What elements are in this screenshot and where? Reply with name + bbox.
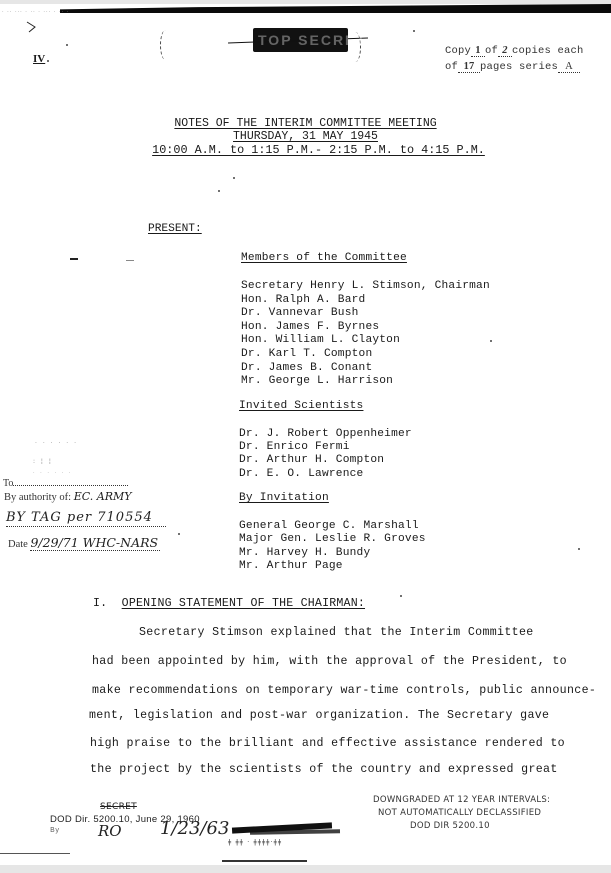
classification-stamp: TOP SECRET — [228, 28, 368, 54]
list-item: Major Gen. Leslie R. Groves — [239, 533, 426, 546]
copy-notice-line-2: of17pages seriesA — [445, 61, 580, 73]
list-item: Dr. Karl T. Compton — [241, 348, 490, 362]
scan-speck — [178, 533, 180, 535]
title-line-2: THURSDAY, 31 MAY 1945 — [0, 130, 611, 143]
list-item: Dr. J. Robert Oppenheimer — [239, 428, 412, 441]
scan-mark — [70, 258, 78, 260]
stamp-faint-text: · · · · · · — [35, 440, 78, 447]
title-line-1: NOTES OF THE INTERIM COMMITTEE MEETING — [0, 117, 611, 130]
downgrade-line: NOT AUTOMATICALLY DECLASSIFIED — [378, 808, 541, 818]
list-item: Dr. James B. Conant — [241, 362, 490, 376]
group-heading-invitation: By Invitation — [239, 492, 329, 504]
checkmark-scribble-icon — [25, 18, 55, 34]
stamp-date-line: Date 9/29/71 WHC-NARS — [8, 535, 160, 551]
list-item: Mr. George L. Harrison — [241, 375, 490, 389]
group-heading-scientists: Invited Scientists — [239, 400, 363, 412]
scientists-list: Dr. J. Robert Oppenheimer Dr. Enrico Fer… — [239, 428, 412, 481]
handwritten-date: 1/23/63 — [160, 818, 229, 839]
paragraph-line: make recommendations on temporary war-ti… — [92, 684, 596, 697]
paragraph-line: had been appointed by him, with the appr… — [92, 655, 567, 668]
paragraph-line: Secretary Stimson explained that the Int… — [139, 626, 534, 639]
scan-speck — [490, 340, 492, 342]
scan-speck — [413, 30, 415, 32]
scan-speck — [233, 177, 235, 179]
scan-mark — [222, 860, 307, 862]
folio-mark-area — [20, 28, 42, 42]
members-list: Secretary Henry L. Stimson, Chairman Hon… — [241, 280, 490, 389]
scan-speck — [47, 60, 49, 62]
scan-mark — [126, 260, 134, 261]
scan-speck — [400, 595, 402, 597]
list-item: Hon. William L. Clayton — [241, 334, 490, 348]
list-item: Dr. Enrico Fermi — [239, 441, 412, 454]
punch-hole-mark — [160, 30, 171, 60]
list-item: General George C. Marshall — [239, 520, 426, 533]
folio-mark: IV — [33, 53, 45, 65]
paragraph-line: high praise to the brilliant and effecti… — [90, 737, 565, 750]
scan-speck — [66, 44, 68, 46]
scan-top-edge — [0, 0, 611, 4]
section-title: OPENING STATEMENT OF THE CHAIRMAN: — [122, 597, 365, 610]
list-item: Mr. Arthur Page — [239, 560, 426, 573]
downgrade-line: DOD DIR 5200.10 — [410, 821, 490, 831]
list-item: Secretary Henry L. Stimson, Chairman — [241, 280, 490, 294]
list-item: Dr. Arthur H. Compton — [239, 454, 412, 467]
scan-speck — [578, 548, 580, 550]
list-item: Dr. Vannevar Bush — [241, 307, 490, 321]
initials-label: By — [50, 826, 60, 834]
handwritten-initials: RO — [98, 822, 122, 840]
scan-top-shadow — [60, 4, 611, 13]
downgrade-line: DOWNGRADED AT 12 YEAR INTERVALS: — [373, 795, 550, 805]
invitation-list: General George C. Marshall Major Gen. Le… — [239, 520, 426, 574]
redaction-mark — [250, 829, 340, 835]
classification-stamp-text: TOP SECRET — [258, 32, 367, 48]
section-number: I. — [93, 597, 107, 610]
redaction-residue: ǂ ǂǂ · ǂǂǂǂ·ǂǂ — [228, 838, 282, 846]
stamp-to-line: To — [3, 478, 128, 489]
stamp-faint-text: : ¦ ¦ — [33, 458, 53, 465]
secret-struck-label: SECRET — [100, 802, 137, 812]
list-item: Hon. Ralph A. Bard — [241, 294, 490, 308]
list-item: Hon. James F. Byrnes — [241, 321, 490, 335]
paragraph-line: the project by the scientists of the cou… — [90, 763, 558, 776]
stamp-faint-text: · · · · · · — [33, 470, 72, 476]
scan-mark — [0, 853, 70, 854]
stamp-authority-line: By authority of: EC. ARMY — [4, 490, 132, 503]
scan-bottom-edge — [0, 865, 611, 873]
copy-notice-line-1: Copy1of2copies each — [445, 45, 584, 57]
paragraph-line: ment, legislation and post-war organizat… — [89, 709, 549, 722]
present-label: PRESENT: — [148, 223, 202, 235]
list-item: Dr. E. O. Lawrence — [239, 468, 412, 481]
scan-noise: · ·· ··· · ·· · ··· · ·· · — [2, 9, 69, 15]
list-item: Mr. Harvey H. Bundy — [239, 547, 426, 560]
section-1-heading: I. OPENING STATEMENT OF THE CHAIRMAN: — [93, 597, 365, 610]
scan-speck — [218, 190, 220, 192]
stamp-by-line: BY TAG per 710554 — [6, 508, 166, 527]
title-line-3: 10:00 A.M. to 1:15 P.M.- 2:15 P.M. to 4:… — [0, 143, 611, 157]
group-heading-members: Members of the Committee — [241, 252, 407, 264]
